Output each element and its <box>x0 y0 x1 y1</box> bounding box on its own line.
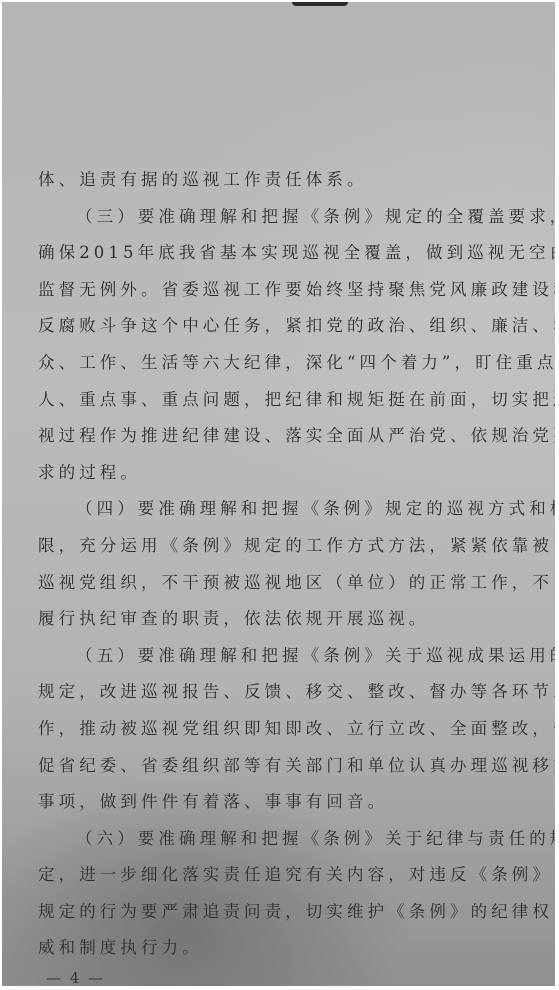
text-line: 作，推动被巡视党组织即知即改、立行立改、全面整改，督 <box>38 711 518 748</box>
text-line: 众、工作、生活等六大纪律，深化“四个着力”，盯住重点 <box>38 345 518 382</box>
text-line: 体、追责有据的巡视工作责任体系。 <box>38 162 518 199</box>
binder-clip <box>292 2 348 6</box>
text-line: 定，进一步细化落实责任追究有关内容，对违反《条例》 <box>38 857 518 894</box>
text-line: 求的过程。 <box>38 455 518 492</box>
document-photo: 体、追责有据的巡视工作责任体系。 （三）要准确理解和把握《条例》规定的全覆盖要求… <box>2 2 555 986</box>
text-line: 促省纪委、省委组织部等有关部门和单位认真办理巡视移交 <box>38 748 518 785</box>
page-number: — 4 — <box>38 969 518 986</box>
text-line: 履行执纪审查的职责，依法依规开展巡视。 <box>38 601 518 638</box>
text-line: 反腐败斗争这个中心任务，紧扣党的政治、组织、廉洁、群 <box>38 308 518 345</box>
text-line: 人、重点事、重点问题，把纪律和规矩挺在前面，切实把巡 <box>38 382 518 419</box>
section-5-heading-line: （五）要准确理解和把握《条例》关于巡视成果运用的 <box>38 638 518 675</box>
text-line: 事项，做到件件有着落、事事有回音。 <box>38 784 518 821</box>
section-4-heading-line: （四）要准确理解和把握《条例》规定的巡视方式和权 <box>38 491 518 528</box>
text-line: 规定，改进巡视报告、反馈、移交、整改、督办等各环节工 <box>38 674 518 711</box>
text-line: 规定的行为要严肃追责问责，切实维护《条例》的纪律权 <box>38 894 518 931</box>
text-line: 视过程作为推进纪律建设、落实全面从严治党、依规治党要 <box>38 418 518 455</box>
section-3-heading-line: （三）要准确理解和把握《条例》规定的全覆盖要求， <box>38 199 518 236</box>
text-line: 限，充分运用《条例》规定的工作方式方法，紧紧依靠被 <box>38 528 518 565</box>
document-page: 体、追责有据的巡视工作责任体系。 （三）要准确理解和把握《条例》规定的全覆盖要求… <box>38 162 518 986</box>
section-6-heading-line: （六）要准确理解和把握《条例》关于纪律与责任的规 <box>38 821 518 858</box>
text-line: 巡视党组织，不干预被巡视地区（单位）的正常工作，不 <box>38 565 518 602</box>
text-line: 确保2015年底我省基本实现巡视全覆盖，做到巡视无空白， <box>38 235 518 272</box>
text-line: 威和制度执行力。 <box>38 930 518 967</box>
text-line: 监督无例外。省委巡视工作要始终坚持聚焦党风廉政建设和 <box>38 272 518 309</box>
